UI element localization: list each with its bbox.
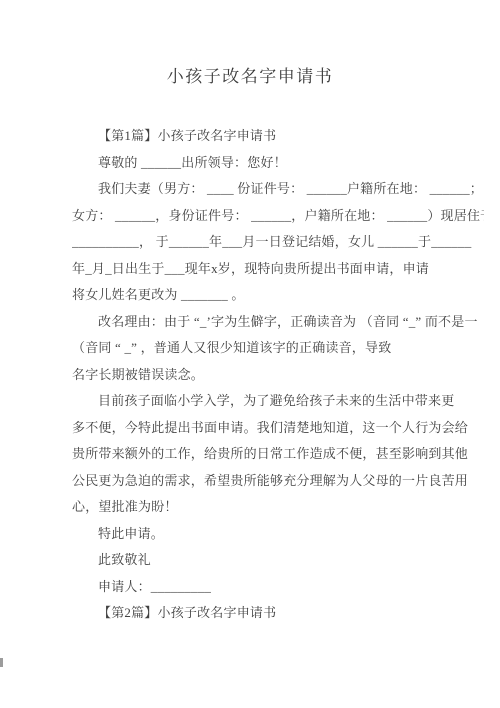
document-line: 我们夫妻（男方： ____ 份证件号： ______户籍所在地： ______；: [72, 176, 484, 203]
document-line: 将女儿姓名更改为 _______ 。: [72, 282, 484, 309]
document-line: 【第2篇】小孩子改名字申请书: [72, 600, 484, 627]
document-line: 尊敬的 ______出所领导：您好！: [72, 150, 484, 177]
document-line: （音同 “ _” ，普通人又很少知道该字的正确读音，导致: [72, 335, 484, 362]
document-line: 心，望批准为盼！: [72, 494, 484, 521]
document-body: 【第1篇】小孩子改名字申请书尊敬的 ______出所领导：您好！我们夫妻（男方：…: [72, 123, 484, 627]
document-line: __________， 于______年___月一日登记结婚，女儿 ______…: [72, 229, 484, 256]
document-line: 改名理由：由于 “_’字为生僻字，正确读音为 （音同 “_” 而不是一: [72, 309, 484, 336]
document-line: 【第1篇】小孩子改名字申请书: [72, 123, 484, 150]
document-line: 年_月_日出生于___现年x岁，现特向贵所提出书面申请，申请: [72, 256, 484, 283]
document-line: 此致敬礼: [72, 547, 484, 574]
document-line: 多不便，今特此提出书面申请。我们清楚地知道，这一个人行为会给: [72, 415, 484, 442]
scan-edge-artifact: [0, 658, 3, 667]
document-line: 名字长期被错误读念。: [72, 362, 484, 389]
document-line: 目前孩子面临小学入学，为了避免给孩子未来的生活中带来更: [72, 388, 484, 415]
document-line: 特此申请。: [72, 521, 484, 548]
document-line: 贵所带来额外的工作，给贵所的日常工作造成不便，甚至影响到其他: [72, 441, 484, 468]
document-title: 小孩子改名字申请书: [0, 62, 500, 87]
document-line: 女方： ______，身份证件号： ______，户籍所在地： ______）现…: [72, 203, 484, 230]
document-page: 小孩子改名字申请书 【第1篇】小孩子改名字申请书尊敬的 ______出所领导：您…: [0, 0, 500, 708]
document-line: 公民更为急迫的需求，希望贵所能够充分理解为人父母的一片良苦用: [72, 468, 484, 495]
document-line: 申请人：_________: [72, 574, 484, 601]
